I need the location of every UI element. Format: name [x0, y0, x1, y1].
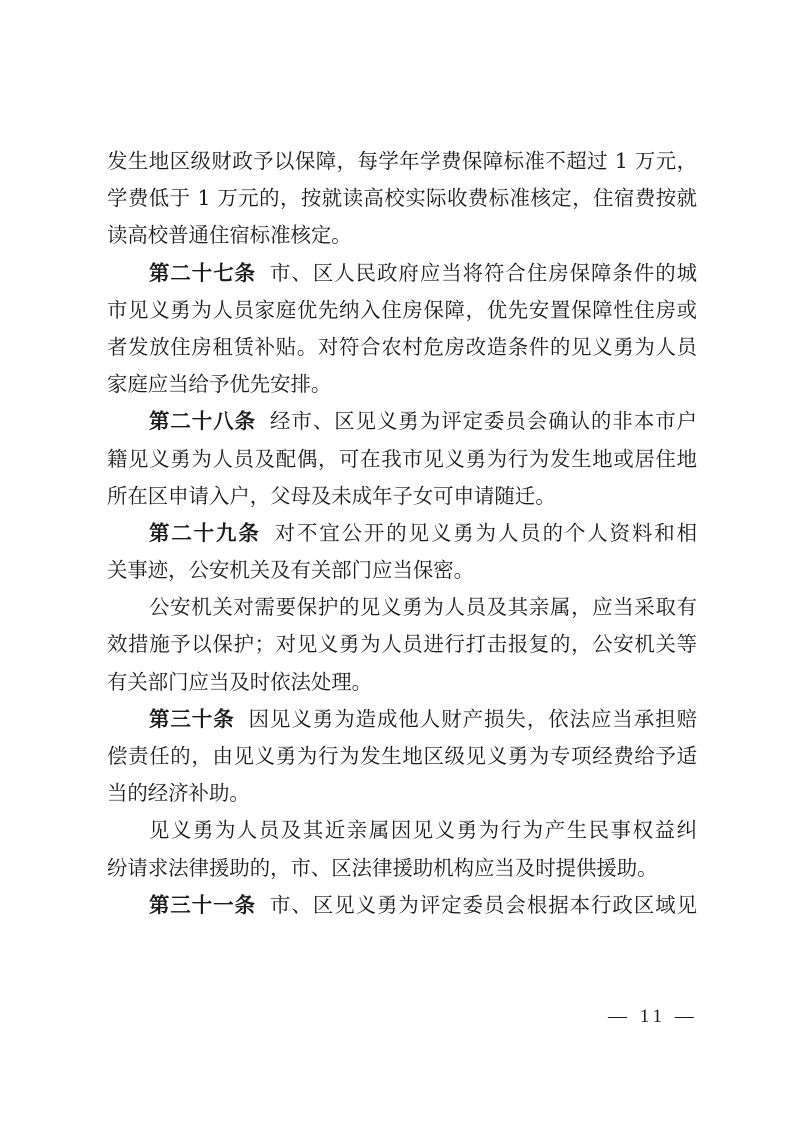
line-text: 家庭应当给予优先安排。 — [107, 372, 331, 396]
text-line: 读高校普通住宿标准核定。 — [107, 217, 697, 254]
line-text: 市见义勇为人员家庭优先纳入住房保障，优先安置保障性住房或 — [107, 298, 697, 322]
line-text: 当的经济补助。 — [107, 781, 250, 805]
page-number: — 11 — — [608, 1006, 698, 1028]
text-line: 见义勇为人员及其近亲属因见义勇为行为产生民事权益纠 — [107, 812, 697, 849]
text-line: 籍见义勇为人员及配偶，可在我市见义勇为行为发生地或居住地 — [107, 441, 697, 478]
line-text: 市、区见义勇为评定委员会根据本行政区域见 — [270, 893, 697, 917]
line-text: 所在区申请入户，父母及未成年子女可申请随迁。 — [107, 484, 556, 508]
article-heading: 第二十七条 — [149, 261, 256, 285]
text-line: 纷请求法律援助的，市、区法律援助机构应当及时提供援助。 — [107, 850, 697, 887]
text-line: 第二十九条对不宜公开的见义勇为人员的个人资料和相 — [107, 515, 697, 552]
line-text: 因见义勇为造成他人财产损失，依法应当承担赔 — [249, 707, 697, 731]
line-text: 见义勇为人员及其近亲属因见义勇为行为产生民事权益纠 — [149, 818, 697, 842]
line-text: 偿责任的，由见义勇为行为发生地区级见义勇为专项经费给予适 — [107, 744, 697, 768]
text-line: 市见义勇为人员家庭优先纳入住房保障，优先安置保障性住房或 — [107, 292, 697, 329]
line-text: 发生地区级财政予以保障，每学年学费保障标准不超过 1 万元， — [107, 149, 697, 173]
line-text: 效措施予以保护；对见义勇为人员进行打击报复的，公安机关等 — [107, 632, 697, 656]
line-text: 对不宜公开的见义勇为人员的个人资料和相 — [275, 521, 697, 545]
line-text: 公安机关对需要保护的见义勇为人员及其亲属，应当采取有 — [149, 595, 697, 619]
text-line: 第三十条因见义勇为造成他人财产损失，依法应当承担赔 — [107, 701, 697, 738]
line-text: 者发放住房租赁补贴。对符合农村危房改造条件的见义勇为人员 — [107, 335, 697, 359]
article-heading: 第二十八条 — [149, 409, 256, 433]
text-line: 者发放住房租赁补贴。对符合农村危房改造条件的见义勇为人员 — [107, 329, 697, 366]
text-line: 家庭应当给予优先安排。 — [107, 366, 697, 403]
text-line: 关事迹，公安机关及有关部门应当保密。 — [107, 552, 697, 589]
text-line: 偿责任的，由见义勇为行为发生地区级见义勇为专项经费给予适 — [107, 738, 697, 775]
text-line: 第三十一条市、区见义勇为评定委员会根据本行政区域见 — [107, 887, 697, 924]
text-line: 第二十七条市、区人民政府应当将符合住房保障条件的城 — [107, 255, 697, 292]
text-line: 当的经济补助。 — [107, 775, 697, 812]
line-text: 关事迹，公安机关及有关部门应当保密。 — [107, 558, 474, 582]
text-line: 公安机关对需要保护的见义勇为人员及其亲属，应当采取有 — [107, 589, 697, 626]
text-line: 第二十八条经市、区见义勇为评定委员会确认的非本市户 — [107, 403, 697, 440]
text-line: 所在区申请入户，父母及未成年子女可申请随迁。 — [107, 478, 697, 515]
line-text: 读高校普通住宿标准核定。 — [107, 223, 352, 247]
line-text: 市、区人民政府应当将符合住房保障条件的城 — [270, 261, 697, 285]
article-heading: 第三十条 — [149, 707, 235, 731]
text-line: 效措施予以保护；对见义勇为人员进行打击报复的，公安机关等 — [107, 626, 697, 663]
document-body: 发生地区级财政予以保障，每学年学费保障标准不超过 1 万元，学费低于 1 万元的… — [107, 143, 697, 924]
line-text: 有关部门应当及时依法处理。 — [107, 670, 372, 694]
line-text: 纷请求法律援助的，市、区法律援助机构应当及时提供援助。 — [107, 856, 658, 880]
line-text: 学费低于 1 万元的，按就读高校实际收费标准核定，住宿费按就 — [107, 186, 697, 210]
text-line: 发生地区级财政予以保障，每学年学费保障标准不超过 1 万元， — [107, 143, 697, 180]
line-text: 籍见义勇为人员及配偶，可在我市见义勇为行为发生地或居住地 — [107, 447, 697, 471]
article-heading: 第二十九条 — [149, 521, 261, 545]
text-line: 有关部门应当及时依法处理。 — [107, 664, 697, 701]
article-heading: 第三十一条 — [149, 893, 256, 917]
text-line: 学费低于 1 万元的，按就读高校实际收费标准核定，住宿费按就 — [107, 180, 697, 217]
line-text: 经市、区见义勇为评定委员会确认的非本市户 — [270, 409, 697, 433]
